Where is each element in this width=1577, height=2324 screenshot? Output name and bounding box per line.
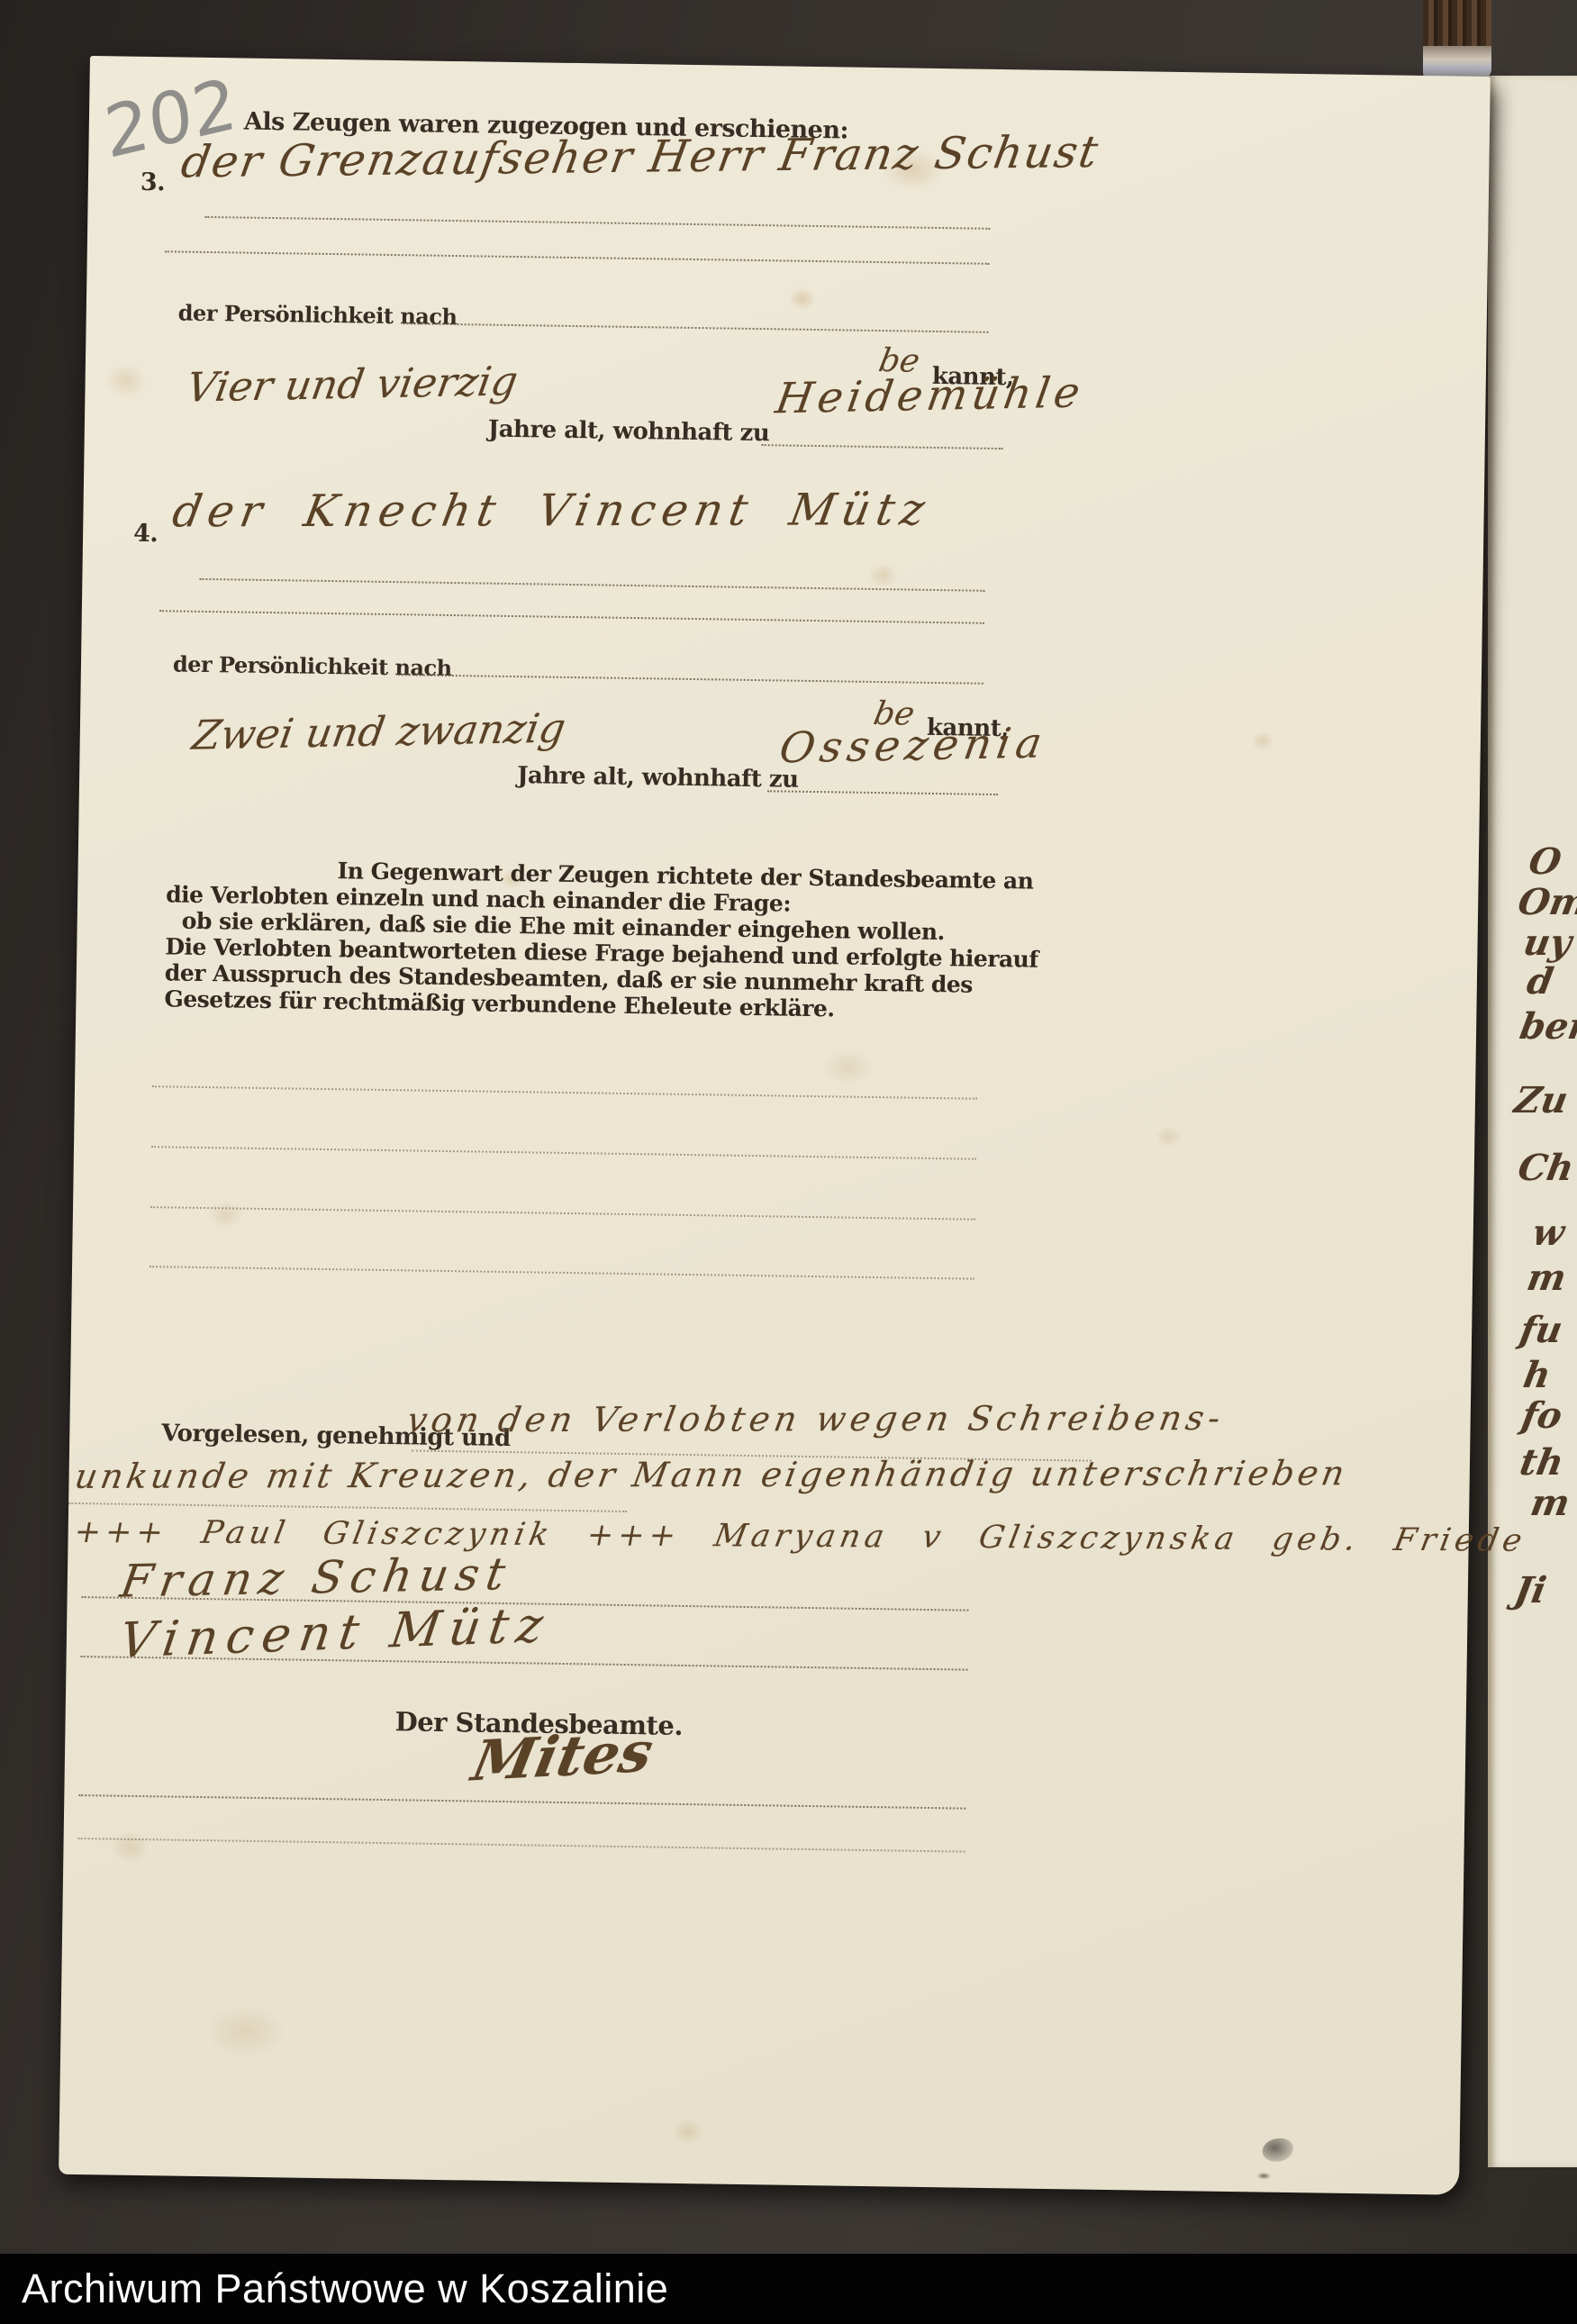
witness4-name-handwritten: der Knecht Vincent Mütz — [169, 487, 934, 533]
dotted-rule — [159, 610, 984, 624]
dotted-rule — [150, 1206, 975, 1221]
stain — [822, 1049, 874, 1085]
next-page-text-fragment: uy — [1520, 925, 1573, 961]
dotted-rule — [78, 1794, 965, 1810]
closing-handwritten-line3: +++ Paul Gliszczynik +++ Maryana v Glisz… — [71, 1517, 1528, 1557]
closing-handwritten-line1: von den Verlobten wegen Schreibens- — [404, 1401, 1228, 1437]
book-binding-threads — [1423, 0, 1491, 85]
registrar-signature-handwritten: Mites — [467, 1724, 657, 1789]
witness4-residence-handwritten: Ossezenia — [776, 722, 1050, 770]
stain — [104, 362, 147, 399]
stain — [789, 287, 816, 311]
stain — [1251, 731, 1274, 750]
next-page-text-fragment: Zu — [1511, 1083, 1570, 1119]
next-page-text-fragment: m — [1524, 1260, 1568, 1296]
witness4-identity-label: der Persönlichkeit nach — [173, 651, 452, 680]
dotted-rule — [165, 250, 990, 265]
next-page-edge: O Om uy d ber Zu Ch w m fu h fo th m Ji — [1488, 76, 1577, 2167]
archive-watermark-bar: Archiwum Państwowe w Koszalinie — [0, 2254, 1577, 2324]
binding-headband — [1423, 0, 1491, 46]
next-page-text-fragment: d — [1524, 964, 1555, 1000]
next-page-text-fragment: m — [1527, 1485, 1572, 1521]
next-page-text-fragment: Ch — [1515, 1150, 1576, 1186]
witness3-name-handwritten: der Grenzaufseher Herr Franz Schust — [178, 130, 1102, 184]
witness3-index: 3. — [140, 168, 166, 196]
witness4-age-handwritten: Zwei und zwanzig — [189, 708, 568, 756]
next-page-text-fragment: Ji — [1511, 1573, 1548, 1609]
stain — [672, 2119, 704, 2145]
declaration-paragraph: In Gegenwart der Zeugen richtete der Sta… — [164, 855, 1048, 1025]
next-page-text-fragment: th — [1517, 1445, 1566, 1481]
stain — [204, 2003, 286, 2058]
witness3-signature-handwritten: Franz Schust — [118, 1551, 516, 1603]
dotted-rule — [767, 790, 998, 795]
dotted-rule — [151, 1146, 976, 1160]
witness4-index: 4. — [133, 520, 159, 548]
stain — [1155, 1126, 1182, 1148]
dotted-rule — [68, 1502, 627, 1512]
witness3-identity-label: der Persönlichkeit nach — [178, 300, 458, 329]
dotted-rule — [403, 322, 989, 333]
stain — [208, 1200, 244, 1230]
ink-smudge — [1256, 2172, 1271, 2179]
witness3-age-handwritten: Vier und vierzig — [184, 360, 521, 407]
witness3-age-suffix: Jahre alt, wohnhaft zu — [488, 417, 770, 449]
witness4-signature-handwritten: Vincent Mütz — [116, 1601, 554, 1666]
next-page-text-fragment: Om — [1515, 885, 1577, 921]
next-page-text-fragment: fu — [1517, 1312, 1564, 1348]
witness3-residence-handwritten: Heidemühle — [773, 372, 1087, 421]
stain — [867, 563, 898, 589]
dotted-rule — [398, 674, 983, 685]
dotted-rule — [78, 1838, 965, 1853]
next-page-text-fragment: w — [1529, 1215, 1566, 1251]
closing-handwritten-line2: unkunde mit Kreuzen, der Mann eigenhändi… — [72, 1456, 1350, 1493]
next-page-text-fragment: h — [1520, 1357, 1553, 1393]
ink-smudge — [1262, 2138, 1292, 2163]
dotted-rule — [199, 578, 984, 592]
stain — [110, 1831, 150, 1865]
archival-scan: { "palette": { "background": "#35302b", … — [0, 0, 1577, 2324]
register-page: 202 Als Zeugen waren zugezogen und ersch… — [59, 56, 1491, 2195]
dotted-rule — [152, 1085, 977, 1100]
archive-name: Archiwum Państwowe w Koszalinie — [0, 2254, 1577, 2324]
witness4-age-suffix: Jahre alt, wohnhaft zu — [517, 763, 799, 794]
dotted-rule — [762, 444, 1003, 449]
dotted-rule — [204, 216, 990, 230]
next-page-text-fragment: ber — [1517, 1009, 1577, 1045]
dotted-rule — [150, 1266, 974, 1280]
next-page-text-fragment: O — [1526, 844, 1563, 880]
next-page-text-fragment: fo — [1518, 1398, 1564, 1434]
